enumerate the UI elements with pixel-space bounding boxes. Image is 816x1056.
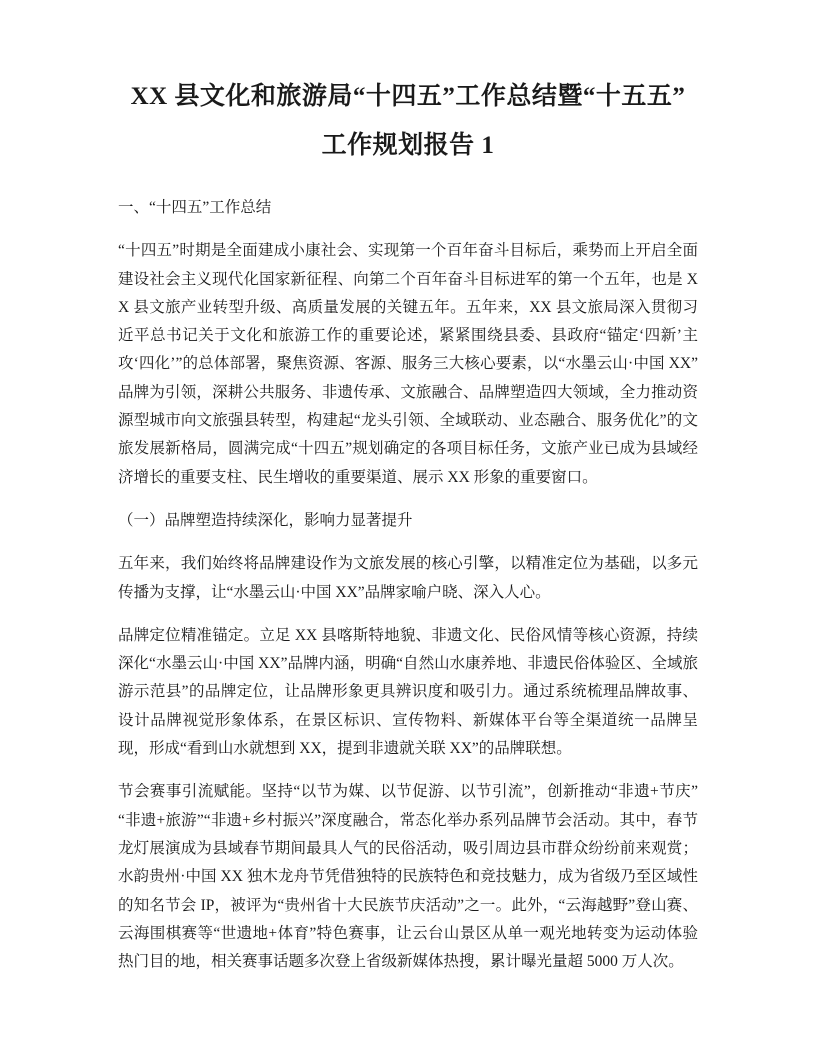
subsection-heading-brand-building: （一）品牌塑造持续深化，影响力显著提升 (118, 507, 698, 535)
section-heading-shisiwu-summary: 一、“十四五”工作总结 (118, 194, 698, 222)
paragraph-brand-engine: 五年来，我们始终将品牌建设作为文旅发展的核心引擎，以精准定位为基础，以多元传播为… (118, 550, 698, 607)
document-title-line-2: 工作规划报告 1 (118, 121, 698, 170)
paragraph-brand-positioning: 品牌定位精准锚定。立足 XX 县喀斯特地貌、非遗文化、民俗风情等核心资源，持续深… (118, 622, 698, 763)
document-title: XX 县文化和旅游局“十四五”工作总结暨“十五五” 工作规划报告 1 (118, 72, 698, 170)
paragraph-festival-events: 节会赛事引流赋能。坚持“以节为媒、以节促游、以节引流”，创新推动“非遗+节庆”“… (118, 778, 698, 976)
paragraph-intro-overview: “十四五”时期是全面建成小康社会、实现第一个百年奋斗目标后，乘势而上开启全面建设… (118, 237, 698, 492)
document-content: XX 县文化和旅游局“十四五”工作总结暨“十五五” 工作规划报告 1 一、“十四… (0, 0, 816, 976)
document-page: XX 县文化和旅游局“十四五”工作总结暨“十五五” 工作规划报告 1 一、“十四… (0, 0, 816, 1056)
document-title-line-1: XX 县文化和旅游局“十四五”工作总结暨“十五五” (118, 72, 698, 121)
